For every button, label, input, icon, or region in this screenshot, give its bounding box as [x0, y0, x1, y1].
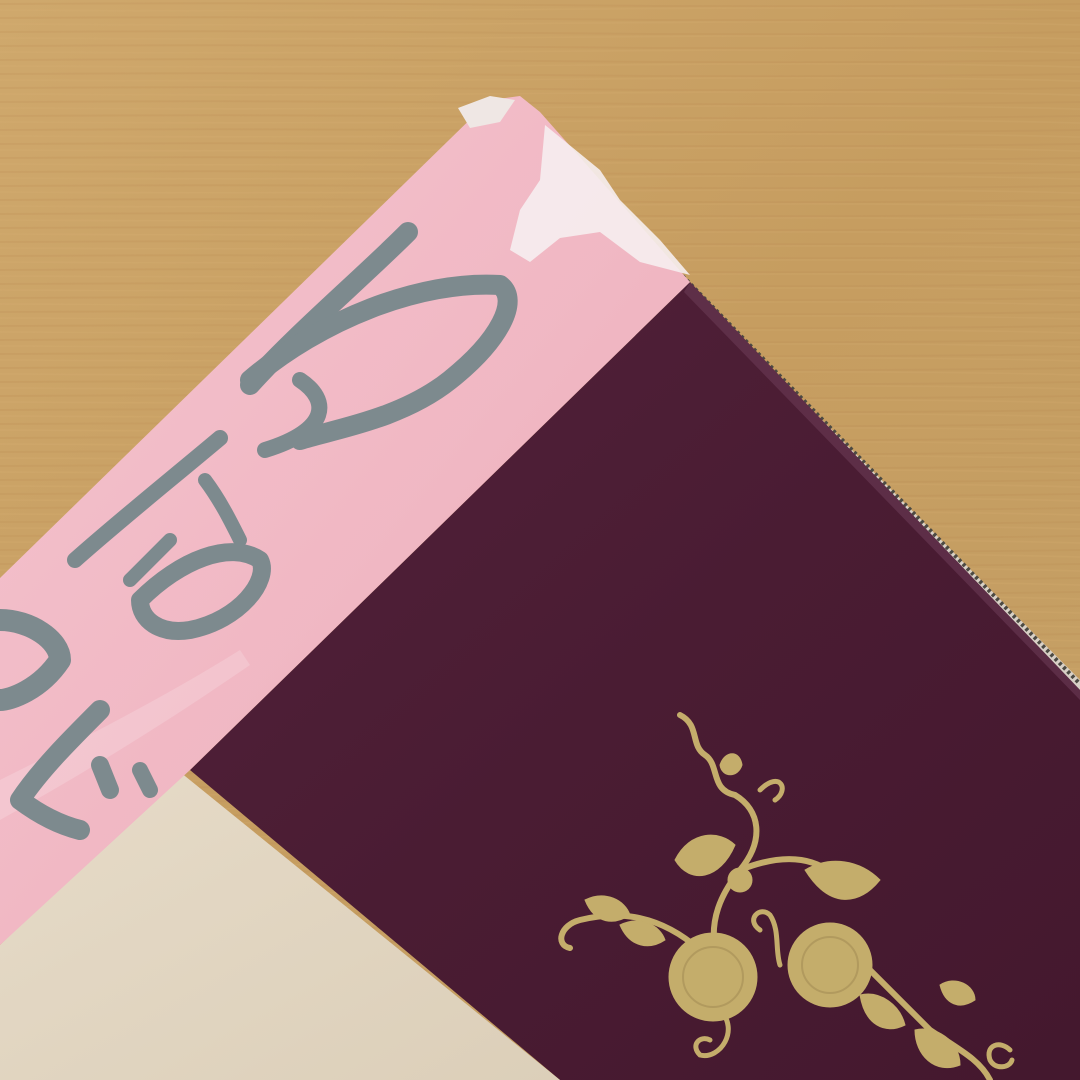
photo-canvas — [0, 0, 1080, 1080]
book-corner-photo — [0, 0, 1080, 1080]
